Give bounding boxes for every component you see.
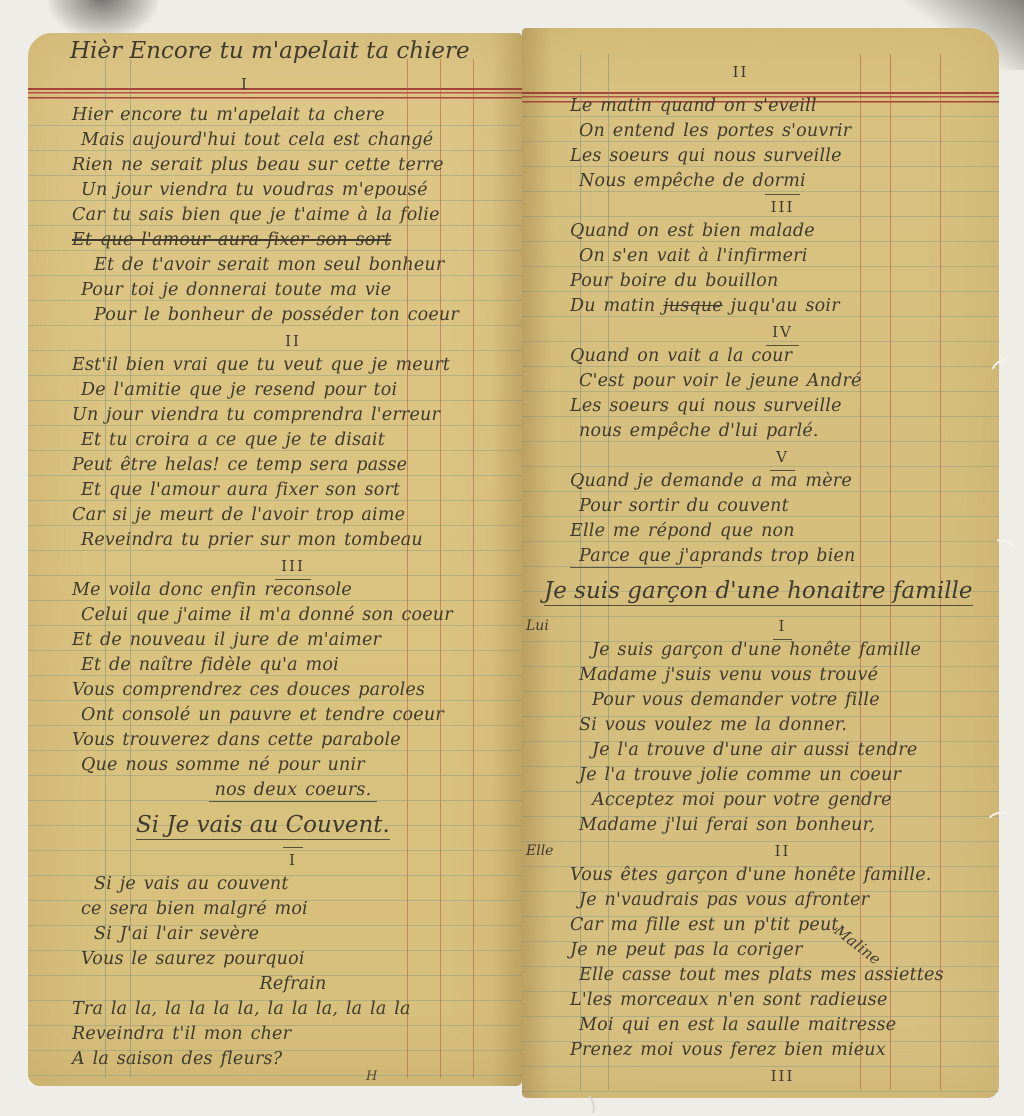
stanza-numeral: III (275, 554, 311, 580)
verse-line: Pour vous demander votre fille (570, 688, 995, 713)
verse-line: Les soeurs qui nous surveille (570, 394, 995, 419)
verse-text: Du matin (570, 296, 663, 316)
verse-line: Quand je demande a ma mère (570, 469, 995, 494)
notebook-left-page: Hièr Encore tu m'apelait ta chiere I Hie… (28, 33, 522, 1086)
stanza-numeral: IV (766, 320, 799, 346)
stanza: Si je vais au couventce sera bien malgré… (72, 872, 514, 972)
stanza-numeral: II (727, 63, 755, 81)
verse-line-struck: Et que l'amour aura fixer son sort (72, 228, 514, 253)
stanza: Le matin quand on s'eveillOn entend les … (570, 94, 995, 194)
verse-line: De l'amitie que je resend pour toi (72, 378, 514, 403)
verse-line: On s'en vait à l'infirmeri (570, 244, 995, 269)
notebook-right-page: II Le matin quand on s'eveillOn entend l… (522, 28, 999, 1098)
verse-line: Si je vais au couvent (72, 872, 514, 897)
verse-line: Et de naître fidèle qu'a moi (72, 653, 514, 678)
verse-line: Vous comprendrez ces douces paroles (72, 678, 514, 703)
verse-line: Quand on est bien malade (570, 219, 995, 244)
verse-line: ce sera bien malgré moi (72, 897, 514, 922)
speaker-label-elle: Elle (526, 839, 553, 864)
verse-line: Vous trouverez dans cette parabole (72, 728, 514, 753)
verse-text: Car ma fille est un p'tit peut (570, 915, 846, 935)
stanza-numeral: I (235, 75, 255, 93)
verse-line: Car tu sais bien que je t'aime à la foli… (72, 203, 514, 228)
stanza: Quand on est bien maladeOn s'en vait à l… (570, 219, 995, 294)
verse-line: Elle casse tout mes plats mes assiettes (570, 963, 995, 988)
stanza: Quand on vait a la courC'est pour voir l… (570, 344, 995, 444)
verse-line: Reveindra tu prier sur mon tombeau (72, 528, 514, 553)
stanza-numeral-row: III (570, 194, 995, 219)
verse-tail-line: nos deux coeurs. (72, 778, 514, 803)
stanza-numeral: V (770, 445, 795, 471)
verse-text: juqu'au soir (723, 296, 840, 316)
verse-line: Quand on vait a la cour (570, 344, 995, 369)
verse-line: Me voila donc enfin reconsole (72, 578, 514, 603)
verse-line: Je suis garçon d'une honête famille (570, 638, 995, 663)
verse-line: C'est pour voir le jeune André (570, 369, 995, 394)
stanza: Quand je demande a ma mèrePour sortir du… (570, 469, 995, 569)
stanza: Je ne peut pas la corigerElle casse tout… (570, 938, 995, 1063)
verse-line: Moi qui en est la saulle maitresse (570, 1013, 995, 1038)
speaker-label-lui: Lui (526, 614, 549, 639)
verse-line: Reveindra t'il mon cher (72, 1022, 514, 1047)
verse-line: Et de nouveau il jure de m'aimer (72, 628, 514, 653)
stanza-numeral: II (279, 329, 307, 354)
song-title-text: Je suis garçon d'une honaitre famille (544, 578, 973, 606)
stanza: Est'il bien vrai que tu veut que je meur… (72, 353, 514, 553)
stanza-numeral: I (773, 614, 793, 640)
stanza: Vous êtes garçon d'une honête famille.Je… (570, 863, 995, 913)
verse-line: Si vous voulez me la donner. (570, 713, 995, 738)
verse-line: Pour toi je donnerai toute ma vie (72, 278, 514, 303)
verse-line: Vous le saurez pourquoi (72, 947, 514, 972)
verse-line: Parce que j'aprands trop bien (570, 544, 995, 569)
verse-line: Celui que j'aime il m'a donné son coeur (72, 603, 514, 628)
verse-line: Mais aujourd'hui tout cela est changé (72, 128, 514, 153)
right-page-text: Le matin quand on s'eveillOn entend les … (570, 94, 995, 1088)
verse-line: Les soeurs qui nous surveille (570, 144, 995, 169)
verse-line: Si J'ai l'air sevère (72, 922, 514, 947)
stanza-numeral-row: Lui I (570, 613, 995, 638)
verse-line: Ont consolé un pauvre et tendre coeur (72, 703, 514, 728)
gutter-shadow (522, 28, 552, 1098)
verse-line: Hier encore tu m'apelait ta chere (72, 103, 514, 128)
verse-line: Je l'a trouve d'une air aussi tendre (570, 738, 995, 763)
verse-line: Je ne peut pas la coriger (570, 938, 995, 963)
verse-line: Car si je meurt de l'avoir trop aime (72, 503, 514, 528)
verse-line: Je n'vaudrais pas vous afronter (570, 888, 995, 913)
stanza-numeral: III (765, 1064, 801, 1089)
stanza-numeral-row: IV (570, 319, 995, 344)
stanza-numeral-row: II (522, 62, 959, 81)
verse-line: Elle me répond que non (570, 519, 995, 544)
stanza-numeral: III (765, 194, 801, 220)
song-title-je-suis-garcon: Je suis garçon d'une honaitre famille (544, 569, 995, 613)
stanza: Je suis garçon d'une honête familleMadam… (570, 638, 995, 838)
song-title-si-je-vais: Si Je vais au Couvent. (72, 803, 514, 847)
stanza: Me voila donc enfin reconsoleCelui que j… (72, 578, 514, 778)
verse-line: Et de t'avoir serait mon seul bonheur (72, 253, 514, 278)
verse-line: Pour le bonheur de posséder ton coeur (72, 303, 514, 328)
stanza: Hier encore tu m'apelait ta chereMais au… (72, 103, 514, 228)
verse-line: A la saison des fleurs? (72, 1047, 514, 1072)
verse-line: Un jour viendra tu voudras m'epousé (72, 178, 514, 203)
verse-line: Je l'a trouve jolie comme un coeur (570, 763, 995, 788)
song-title-text: Si Je vais au Couvent. (136, 812, 390, 840)
stanza-numeral: II (769, 839, 797, 864)
stanza-numeral-row: Elle II (570, 838, 995, 863)
left-page-text: Hier encore tu m'apelait ta chereMais au… (72, 103, 514, 1072)
refrain: Tra la la, la la la la, la la la, la la … (72, 997, 514, 1072)
verse-line: Pour sortir du couvent (570, 494, 995, 519)
verse-line: Peut être helas! ce temp sera passe (72, 453, 514, 478)
song-title-hier-encore: Hièr Encore tu m'apelait ta chiere (70, 38, 470, 64)
verse-tail-text: nos deux coeurs. (209, 780, 378, 802)
stanza: Et de t'avoir serait mon seul bonheurPou… (72, 253, 514, 328)
verse-line: Un jour viendra tu comprendra l'erreur (72, 403, 514, 428)
verse-line: nous empêche d'lui parlé. (570, 419, 995, 444)
stanza-numeral-row: I (72, 847, 514, 872)
verse-line: Vous êtes garçon d'une honête famille. (570, 863, 995, 888)
verse-line: Et tu croira a ce que je te disait (72, 428, 514, 453)
stanza-numeral-row: V (570, 444, 995, 469)
stanza-numeral: I (283, 847, 303, 873)
verse-line: L'les morceaux n'en sont radieuse (570, 988, 995, 1013)
verse-line: On entend les portes s'ouvrir (570, 119, 995, 144)
verse-line: Rien ne serait plus beau sur cette terre (72, 153, 514, 178)
verse-line: Madame j'lui ferai son bonheur, (570, 813, 995, 838)
verse-line-with-rotated-word: Car ma fille est un p'tit peut Maline (570, 913, 995, 938)
verse-line: Est'il bien vrai que tu veut que je meur… (72, 353, 514, 378)
verse-line: Madame j'suis venu vous trouvé (570, 663, 995, 688)
struck-word: jusque (663, 296, 723, 316)
verse-line: Que nous somme né pour unir (72, 753, 514, 778)
refrain-label: Refrain (72, 972, 514, 997)
verse-line: Le matin quand on s'eveill (570, 94, 995, 119)
verse-line: Acceptez moi pour votre gendre (570, 788, 995, 813)
stanza-numeral-row: I (28, 74, 462, 93)
verse-line: Tra la la, la la la la, la la la, la la … (72, 997, 514, 1022)
stanza-numeral-row: III (72, 553, 514, 578)
verse-line: Prenez moi vous ferez bien mieux (570, 1038, 995, 1063)
verse-line: Pour boire du bouillon (570, 269, 995, 294)
verse-line-with-strike: Du matin jusque juqu'au soir (570, 294, 995, 319)
stanza-numeral-row: III (570, 1063, 995, 1088)
verse-line: Et que l'amour aura fixer son sort (72, 478, 514, 503)
stanza-numeral-row: II (72, 328, 514, 353)
verse-line: Nous empêche de dormi (570, 169, 995, 194)
